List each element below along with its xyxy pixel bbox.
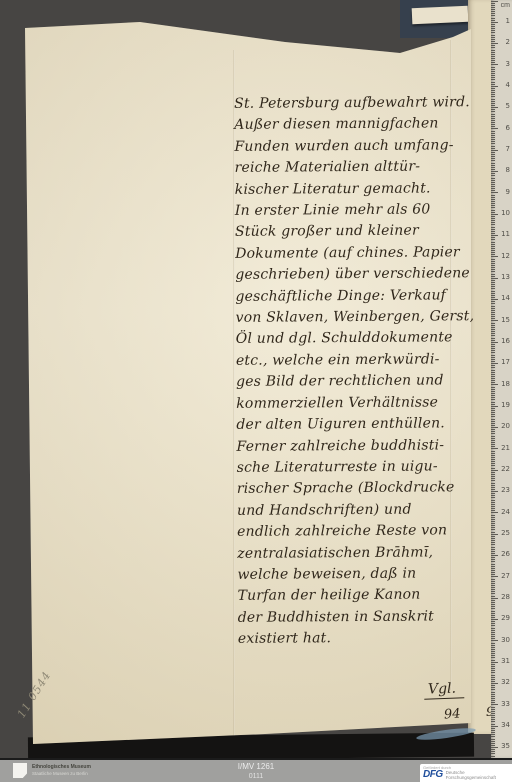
- ruler-mm-tick: [491, 13, 495, 14]
- ruler-number: 33: [498, 701, 510, 708]
- ruler-mm-tick: [491, 655, 495, 656]
- ruler-mm-tick: [491, 402, 495, 403]
- ruler-mm-tick: [491, 45, 495, 46]
- ruler-number: 15: [498, 317, 510, 324]
- ruler-mm-tick: [491, 248, 495, 249]
- ruler-mm-tick: [491, 474, 495, 475]
- ruler-mm-tick: [491, 508, 495, 509]
- ruler-mm-tick: [491, 536, 495, 537]
- scanned-document-view: St. Petersburg aufbewahrt wird.Außer die…: [0, 0, 512, 782]
- ruler-cm-tick: [491, 299, 498, 300]
- manuscript-line: welche beweisen, daß in: [237, 563, 477, 586]
- dfg-name-line2: Forschungsgemeinschaft: [446, 775, 496, 780]
- ruler-mm-tick: [491, 553, 495, 554]
- ruler-mm-tick: [491, 476, 495, 477]
- ruler-cm-tick: [491, 384, 498, 385]
- ruler-mm-tick: [491, 425, 495, 426]
- ruler-mm-tick: [491, 583, 495, 584]
- manuscript-line: reiche Materialien alttür-: [235, 156, 475, 179]
- ruler-mm-tick: [491, 391, 495, 392]
- ruler-number: 1: [498, 18, 510, 25]
- manuscript-line: geschäftliche Dinge: Verkauf: [235, 285, 475, 308]
- ruler-mm-tick: [491, 628, 495, 629]
- ruler-mm-tick: [491, 58, 495, 59]
- ruler-mm-tick: [491, 542, 495, 543]
- manuscript-line: Ferner zahlreiche buddhisti-: [236, 435, 476, 458]
- ruler-cm-tick: [491, 662, 498, 663]
- ruler-mm-tick: [491, 231, 495, 232]
- ruler-mm-tick: [491, 295, 495, 296]
- ruler-mm-tick: [491, 131, 495, 132]
- manuscript-line: Außer diesen mannigfachen: [234, 114, 474, 137]
- ruler-mm-tick: [491, 178, 495, 179]
- vgl-annotation: Vgl.: [424, 680, 465, 699]
- ruler-mm-tick: [491, 608, 495, 609]
- ruler-cm-tick: [491, 22, 498, 23]
- ruler-number: 14: [498, 295, 510, 302]
- ruler-mm-tick: [491, 160, 495, 161]
- ruler-cm-tick: [491, 107, 498, 108]
- ruler-mm-tick: [491, 291, 495, 292]
- ruler-mm-tick: [491, 163, 495, 164]
- ruler-mm-tick: [491, 47, 495, 48]
- ruler-mm-tick: [491, 483, 495, 484]
- ruler-mm-tick: [491, 227, 495, 228]
- ruler-cm-tick: [491, 1, 498, 2]
- ruler-mm-tick: [491, 668, 495, 669]
- ruler-mm-tick: [491, 393, 495, 394]
- ruler-mm-tick: [491, 717, 495, 718]
- ruler-mm-tick: [491, 7, 495, 8]
- ruler-mm-tick: [491, 205, 495, 206]
- ruler-mm-tick: [491, 485, 495, 486]
- ruler-cm-tick: [491, 278, 498, 279]
- ruler-mm-tick: [491, 314, 495, 315]
- ruler-number: 7: [498, 146, 510, 153]
- ruler-mm-tick: [491, 367, 495, 368]
- ruler-cm-tick: [491, 555, 498, 556]
- manuscript-line: ges Bild der rechtlichen und: [236, 370, 476, 393]
- ruler-mm-tick: [491, 5, 495, 6]
- ruler-mm-tick: [491, 244, 495, 245]
- ruler-number: 23: [498, 487, 510, 494]
- ruler-mm-tick: [491, 715, 495, 716]
- ruler-mm-tick: [491, 11, 495, 12]
- ruler-mm-tick: [491, 538, 495, 539]
- page-number: 94: [443, 706, 461, 722]
- ruler-mm-tick: [491, 242, 495, 243]
- manuscript-line: endlich zahlreiche Reste von: [237, 520, 477, 543]
- ruler-mm-tick: [491, 52, 495, 53]
- manuscript-line: In erster Linie mehr als 60: [235, 199, 475, 222]
- ruler-mm-tick: [491, 617, 495, 618]
- ruler-mm-tick: [491, 651, 495, 652]
- ruler-mm-tick: [491, 506, 495, 507]
- ruler-mm-tick: [491, 118, 495, 119]
- ruler-mm-tick: [491, 589, 495, 590]
- ruler-mm-tick: [491, 259, 495, 260]
- ruler-mm-tick: [491, 173, 495, 174]
- ruler-mm-tick: [491, 188, 495, 189]
- ruler-mm-tick: [491, 109, 495, 110]
- ruler-mm-tick: [491, 600, 495, 601]
- manuscript-line: kischer Literatur gemacht.: [235, 178, 475, 201]
- ruler-number: 27: [498, 573, 510, 580]
- ruler-mm-tick: [491, 487, 495, 488]
- ruler-mm-tick: [491, 440, 495, 441]
- ruler-mm-tick: [491, 421, 495, 422]
- ruler-mm-tick: [491, 24, 495, 25]
- ruler-mm-tick: [491, 657, 495, 658]
- ruler-mm-tick: [491, 335, 495, 336]
- ruler-mm-tick: [491, 352, 495, 353]
- ruler-mm-tick: [491, 199, 495, 200]
- manuscript-line: Stück großer und kleiner: [235, 221, 475, 244]
- ruler-mm-tick: [491, 489, 495, 490]
- ruler-mm-tick: [491, 709, 495, 710]
- ruler-mm-tick: [491, 591, 495, 592]
- ruler-mm-tick: [491, 94, 495, 95]
- ruler-mm-tick: [491, 250, 495, 251]
- ruler-mm-tick: [491, 444, 495, 445]
- ruler-mm-tick: [491, 62, 495, 63]
- ruler-mm-tick: [491, 615, 495, 616]
- ruler-mm-tick: [491, 519, 495, 520]
- ruler-cm-tick: [491, 128, 498, 129]
- ruler-mm-tick: [491, 502, 495, 503]
- ruler-mm-tick: [491, 711, 495, 712]
- ruler-mm-tick: [491, 252, 495, 253]
- ruler-mm-tick: [491, 124, 495, 125]
- ruler-mm-tick: [491, 139, 495, 140]
- ruler-number: 20: [498, 423, 510, 430]
- ruler-mm-tick: [491, 186, 495, 187]
- ruler-mm-tick: [491, 389, 495, 390]
- ruler-mm-tick: [491, 101, 495, 102]
- manuscript-line: Funden wurden auch umfang-: [234, 135, 474, 158]
- manuscript-line: St. Petersburg aufbewahrt wird.: [234, 92, 474, 115]
- ruler-mm-tick: [491, 468, 495, 469]
- ruler-mm-tick: [491, 532, 495, 533]
- ruler-mm-tick: [491, 133, 495, 134]
- ruler-mm-tick: [491, 60, 495, 61]
- ruler-mm-tick: [491, 653, 495, 654]
- ruler-mm-tick: [491, 510, 495, 511]
- ruler-mm-tick: [491, 39, 495, 40]
- ruler-mm-tick: [491, 135, 495, 136]
- ruler-mm-tick: [491, 461, 495, 462]
- ruler-mm-tick: [491, 382, 495, 383]
- ruler-mm-tick: [491, 446, 495, 447]
- ruler-number: 5: [498, 103, 510, 110]
- ruler-mm-tick: [491, 732, 495, 733]
- ruler-mm-tick: [491, 638, 495, 639]
- ruler-unit-label: cm: [501, 2, 510, 9]
- ruler-mm-tick: [491, 410, 495, 411]
- ruler-mm-tick: [491, 480, 495, 481]
- ruler-mm-tick: [491, 141, 495, 142]
- ruler-mm-tick: [491, 751, 495, 752]
- ruler-mm-tick: [491, 35, 495, 36]
- ruler-mm-tick: [491, 261, 495, 262]
- manuscript-line: und Handschriften) und: [237, 499, 477, 522]
- ruler-mm-tick: [491, 182, 495, 183]
- ruler-mm-tick: [491, 69, 495, 70]
- ruler-mm-tick: [491, 82, 495, 83]
- ruler-cm-tick: [491, 192, 498, 193]
- ruler-cm-tick: [491, 256, 498, 257]
- ruler-mm-tick: [491, 374, 495, 375]
- ruler-mm-tick: [491, 372, 495, 373]
- ruler-mm-tick: [491, 229, 495, 230]
- ruler-mm-tick: [491, 284, 495, 285]
- ruler-mm-tick: [491, 664, 495, 665]
- ruler-mm-tick: [491, 67, 495, 68]
- ruler-mm-tick: [491, 734, 495, 735]
- manuscript-line: Turfan der heilige Kanon: [237, 585, 477, 608]
- ruler-mm-tick: [491, 472, 495, 473]
- ruler-mm-tick: [491, 331, 495, 332]
- ruler-mm-tick: [491, 387, 495, 388]
- ruler-mm-tick: [491, 689, 495, 690]
- ruler-cm-tick: [491, 491, 498, 492]
- ruler-mm-tick: [491, 457, 495, 458]
- manuscript-line: rischer Sprache (Blockdrucke: [237, 477, 477, 500]
- ruler-mm-tick: [491, 643, 495, 644]
- ruler-number: 25: [498, 530, 510, 537]
- ruler-mm-tick: [491, 50, 495, 51]
- ruler-mm-tick: [491, 756, 495, 757]
- manuscript-line: etc., welche ein merkwürdi-: [236, 349, 476, 372]
- ruler-number: 9: [498, 189, 510, 196]
- ruler-mm-tick: [491, 596, 495, 597]
- ruler-number: 16: [498, 338, 510, 345]
- ruler-mm-tick: [491, 210, 495, 211]
- ruler-mm-tick: [491, 88, 495, 89]
- manuscript-line: der alten Uiguren enthüllen.: [236, 413, 476, 436]
- ruler-mm-tick: [491, 604, 495, 605]
- manuscript-line: kommerziellen Verhältnisse: [236, 392, 476, 415]
- ruler-mm-tick: [491, 20, 495, 21]
- ruler-number: 18: [498, 381, 510, 388]
- ruler-mm-tick: [491, 323, 495, 324]
- ruler-mm-tick: [491, 741, 495, 742]
- ruler-mm-tick: [491, 675, 495, 676]
- ruler-mm-tick: [491, 340, 495, 341]
- ruler-mm-tick: [491, 114, 495, 115]
- ruler-mm-tick: [491, 497, 495, 498]
- ruler-mm-tick: [491, 316, 495, 317]
- ruler-number: 32: [498, 679, 510, 686]
- ruler-mm-tick: [491, 613, 495, 614]
- ruler-mm-tick: [491, 463, 495, 464]
- ruler-number: 31: [498, 658, 510, 665]
- ruler-mm-tick: [491, 116, 495, 117]
- ruler-mm-tick: [491, 73, 495, 74]
- ruler-mm-tick: [491, 79, 495, 80]
- ruler-mm-tick: [491, 412, 495, 413]
- ruler-mm-tick: [491, 395, 495, 396]
- ruler-mm-tick: [491, 416, 495, 417]
- ruler-mm-tick: [491, 574, 495, 575]
- ruler-number: 8: [498, 167, 510, 174]
- ruler-mm-tick: [491, 581, 495, 582]
- ruler-mm-tick: [491, 559, 495, 560]
- ruler-mm-tick: [491, 540, 495, 541]
- ruler-mm-tick: [491, 41, 495, 42]
- ruler-cm-tick: [491, 747, 498, 748]
- ruler-mm-tick: [491, 451, 495, 452]
- ruler-cm-tick: [491, 576, 498, 577]
- ruler-mm-tick: [491, 521, 495, 522]
- ruler-mm-tick: [491, 212, 495, 213]
- ruler-mm-tick: [491, 730, 495, 731]
- ruler-mm-tick: [491, 344, 495, 345]
- ruler-mm-tick: [491, 54, 495, 55]
- ruler-cm-tick: [491, 86, 498, 87]
- manuscript-line: zentralasiatischen Brāhmī,: [237, 542, 477, 565]
- ruler-mm-tick: [491, 288, 495, 289]
- ruler-mm-tick: [491, 365, 495, 366]
- ruler-cm-tick: [491, 598, 498, 599]
- ruler-mm-tick: [491, 239, 495, 240]
- ruler-mm-tick: [491, 338, 495, 339]
- ruler-mm-tick: [491, 237, 495, 238]
- ruler-mm-tick: [491, 606, 495, 607]
- ruler-mm-tick: [491, 271, 495, 272]
- ruler-mm-tick: [491, 721, 495, 722]
- ruler-cm-tick: [491, 214, 498, 215]
- ruler-mm-tick: [491, 404, 495, 405]
- ruler-cm-tick: [491, 150, 498, 151]
- ruler-mm-tick: [491, 90, 495, 91]
- ruler-cm-tick: [491, 43, 498, 44]
- ruler-mm-tick: [491, 348, 495, 349]
- ruler-mm-tick: [491, 156, 495, 157]
- ruler-mm-tick: [491, 625, 495, 626]
- ruler-mm-tick: [491, 529, 495, 530]
- ruler-mm-tick: [491, 276, 495, 277]
- ruler-mm-tick: [491, 698, 495, 699]
- ruler-cm-tick: [491, 512, 498, 513]
- manuscript-line: sche Literaturreste in uigu-: [237, 456, 477, 479]
- ruler-mm-tick: [491, 355, 495, 356]
- ruler-mm-tick: [491, 399, 495, 400]
- ruler-mm-tick: [491, 677, 495, 678]
- ruler-mm-tick: [491, 184, 495, 185]
- ruler-mm-tick: [491, 310, 495, 311]
- ruler-mm-tick: [491, 224, 495, 225]
- ruler-mm-tick: [491, 666, 495, 667]
- ruler-cm-tick: [491, 704, 498, 705]
- ruler-mm-tick: [491, 233, 495, 234]
- ruler-mm-tick: [491, 167, 495, 168]
- ruler-mm-tick: [491, 623, 495, 624]
- blue-fabric: [398, 724, 494, 759]
- ruler-mm-tick: [491, 414, 495, 415]
- ruler-mm-tick: [491, 26, 495, 27]
- ruler-mm-tick: [491, 32, 495, 33]
- manuscript-text: St. Petersburg aufbewahrt wird.Außer die…: [234, 92, 478, 650]
- ruler-mm-tick: [491, 564, 495, 565]
- ruler-number: 3: [498, 61, 510, 68]
- ruler-mm-tick: [491, 195, 495, 196]
- ruler-mm-tick: [491, 303, 495, 304]
- ruler-number: 22: [498, 466, 510, 473]
- ruler-mm-tick: [491, 636, 495, 637]
- manuscript-line: Öl und dgl. Schulddokumente: [236, 328, 476, 351]
- ruler-number: 2: [498, 39, 510, 46]
- ruler-mm-tick: [491, 423, 495, 424]
- ruler-mm-tick: [491, 96, 495, 97]
- ruler-cm-tick: [491, 320, 498, 321]
- ruler-mm-tick: [491, 158, 495, 159]
- ruler-cm-tick: [491, 470, 498, 471]
- ruler-mm-tick: [491, 180, 495, 181]
- ruler-mm-tick: [491, 148, 495, 149]
- ruler-mm-tick: [491, 736, 495, 737]
- ruler-mm-tick: [491, 378, 495, 379]
- ruler-mm-tick: [491, 632, 495, 633]
- ruler-cm-tick: [491, 64, 498, 65]
- ruler-mm-tick: [491, 611, 495, 612]
- ruler-mm-tick: [491, 254, 495, 255]
- ruler-mm-tick: [491, 672, 495, 673]
- ruler-mm-tick: [491, 500, 495, 501]
- ruler-mm-tick: [491, 702, 495, 703]
- ruler-mm-tick: [491, 327, 495, 328]
- ruler-mm-tick: [491, 263, 495, 264]
- ruler-mm-tick: [491, 318, 495, 319]
- ruler-mm-tick: [491, 282, 495, 283]
- ruler-mm-tick: [491, 645, 495, 646]
- ruler-mm-tick: [491, 696, 495, 697]
- ruler-mm-tick: [491, 515, 495, 516]
- ruler-mm-tick: [491, 593, 495, 594]
- ruler-number: 4: [498, 82, 510, 89]
- ruler-mm-tick: [491, 745, 495, 746]
- ruler-mm-tick: [491, 30, 495, 31]
- ruler-mm-tick: [491, 724, 495, 725]
- ruler-mm-tick: [491, 707, 495, 708]
- ruler-mm-tick: [491, 433, 495, 434]
- manuscript-line: von Sklaven, Weinbergen, Gerst,: [236, 306, 476, 329]
- ruler-mm-tick: [491, 431, 495, 432]
- ruler-mm-tick: [491, 203, 495, 204]
- ruler-mm-tick: [491, 561, 495, 562]
- ruler-mm-tick: [491, 301, 495, 302]
- manuscript-line: der Buddhisten in Sanskrit: [238, 606, 478, 629]
- manuscript-line: existiert hat.: [238, 627, 478, 650]
- ruler-mm-tick: [491, 438, 495, 439]
- ruler-cm-tick: [491, 427, 498, 428]
- ruler-mm-tick: [491, 525, 495, 526]
- ruler-mm-tick: [491, 442, 495, 443]
- ruler-mm-tick: [491, 566, 495, 567]
- ruler-mm-tick: [491, 165, 495, 166]
- ruler-mm-tick: [491, 265, 495, 266]
- ruler-mm-tick: [491, 739, 495, 740]
- ruler-mm-tick: [491, 120, 495, 121]
- ruler-number: 26: [498, 551, 510, 558]
- ruler-mm-tick: [491, 269, 495, 270]
- ruler-mm-tick: [491, 216, 495, 217]
- ruler-mm-tick: [491, 105, 495, 106]
- ruler-mm-tick: [491, 579, 495, 580]
- ruler-mm-tick: [491, 92, 495, 93]
- ruler-mm-tick: [491, 568, 495, 569]
- ruler-mm-tick: [491, 547, 495, 548]
